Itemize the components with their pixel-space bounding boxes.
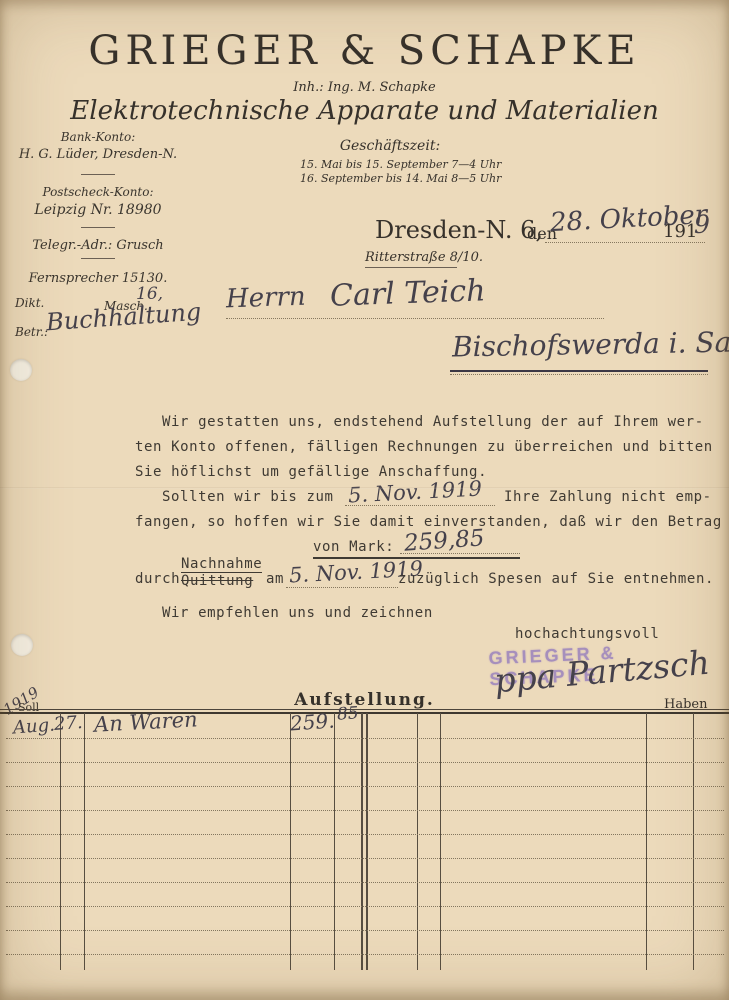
hours-block: Geschäftszeit: 15. Mai bis 15. September…: [300, 138, 480, 185]
betr-handwritten: Buchhaltung: [45, 298, 202, 337]
ledger-row-line: [6, 810, 724, 811]
body-line-4a: Sollten wir bis zum: [162, 489, 334, 505]
divider: [81, 227, 115, 228]
body-line-5: fangen, so hoffen wir Sie damit einverst…: [135, 514, 722, 530]
ledger-row-line: [6, 930, 724, 931]
table-col-line: [693, 713, 694, 970]
contact-block: Bank-Konto: H. G. Lüder, Dresden-N. Post…: [8, 130, 188, 286]
divider: [81, 258, 115, 259]
company-tagline: Elektrotechnische Apparate und Materiali…: [0, 96, 729, 126]
entry-pfennig: 85: [336, 703, 359, 724]
addressee-city-underline: [450, 370, 708, 372]
body-line-4b: Ihre Zahlung nicht emp-: [504, 489, 712, 505]
telegram-address: Telegr.-Adr.: Grusch: [8, 238, 188, 253]
entry-month: Aug.: [12, 715, 55, 739]
entry-text: An Waren: [93, 707, 198, 736]
table-col-line: [646, 713, 647, 970]
addressee-city: Bischofswerda i. Sa.: [452, 325, 729, 363]
body-line-2: ten Konto offenen, fälligen Rechnungen z…: [135, 439, 713, 455]
bank-value: H. G. Lüder, Dresden-N.: [8, 147, 188, 162]
body-line-7-rest: zuzüglich Spesen auf Sie entnehmen.: [398, 571, 714, 587]
payment-option-nachnahme: Nachnahme: [181, 556, 262, 573]
street-underline: [365, 267, 457, 268]
debit-date-fill-line: [286, 587, 398, 588]
body-line-1: Wir gestatten uns, endstehend Aufstellun…: [162, 414, 704, 430]
ledger-row-line: [6, 738, 724, 739]
letter-page: GRIEGER & SCHAPKE Inh.: Ing. M. Schapke …: [0, 0, 729, 1000]
date-fill-line: [545, 242, 705, 243]
betr-label: Betr.:: [15, 325, 48, 339]
due-date-handwritten: 5. Nov. 1919: [347, 477, 482, 508]
table-col-line: [440, 713, 441, 970]
punch-hole-bottom: [11, 634, 33, 656]
payment-options: Nachnahme Quittung: [181, 556, 262, 589]
durch-label: durch: [135, 571, 180, 587]
street-address: Ritterstraße 8/10.: [365, 250, 483, 265]
company-owner: Inh.: Ing. M. Schapke: [0, 80, 729, 95]
am-label: am: [266, 571, 284, 587]
dateline-year: 191: [663, 221, 697, 242]
divider: [81, 174, 115, 175]
table-col-line-double: [366, 713, 368, 970]
ledger-row-line: [6, 882, 724, 883]
regards-line: hochachtungsvoll: [515, 626, 659, 642]
payment-option-quittung-struck: Quittung: [181, 573, 262, 589]
year-digit-handwritten: 9: [694, 210, 710, 239]
postscheck-label: Postscheck-Konto:: [8, 185, 188, 199]
table-col-line-double: [361, 713, 363, 970]
closing-line: Wir empfehlen uns und zeichnen: [162, 605, 433, 621]
amount-label: von Mark:: [313, 539, 394, 555]
dikt-label: Dikt.: [15, 296, 44, 310]
table-col-line: [417, 713, 418, 970]
entry-day: 27.: [53, 712, 83, 735]
ledger-row-line: [6, 906, 724, 907]
table-col-line: [290, 713, 291, 970]
addressee-city-dotline: [450, 374, 708, 375]
hours-line2: 16. September bis 14. Mai 8—5 Uhr: [300, 172, 480, 185]
body-line-3: Sie höflichst um gefällige Anschaffung.: [135, 464, 487, 480]
table-col-line: [84, 713, 85, 970]
company-name: GRIEGER & SCHAPKE: [0, 28, 729, 74]
ledger-row-line: [6, 762, 724, 763]
postscheck-value: Leipzig Nr. 18980: [8, 202, 188, 218]
table-top-rule-thin: [0, 709, 729, 710]
hours-label: Geschäftszeit:: [300, 138, 480, 154]
addressee-fill-line: [226, 318, 604, 319]
ledger-row-line: [6, 786, 724, 787]
punch-hole-top: [10, 359, 32, 381]
dateline-city: Dresden-N. 6,: [375, 216, 543, 244]
table-col-line: [60, 713, 61, 970]
table-title: Aufstellung.: [0, 690, 729, 710]
bank-label: Bank-Konto:: [8, 130, 188, 144]
ledger-row-line: [6, 954, 724, 955]
table-col-line: [334, 713, 335, 970]
ledger-row-line: [6, 834, 724, 835]
addressee-name: Carl Teich: [329, 273, 486, 313]
addressee-salutation: Herrn: [226, 282, 307, 315]
entry-mark: 259.: [289, 708, 335, 735]
ledger-row-line: [6, 858, 724, 859]
hours-line1: 15. Mai bis 15. September 7—4 Uhr: [300, 158, 480, 171]
